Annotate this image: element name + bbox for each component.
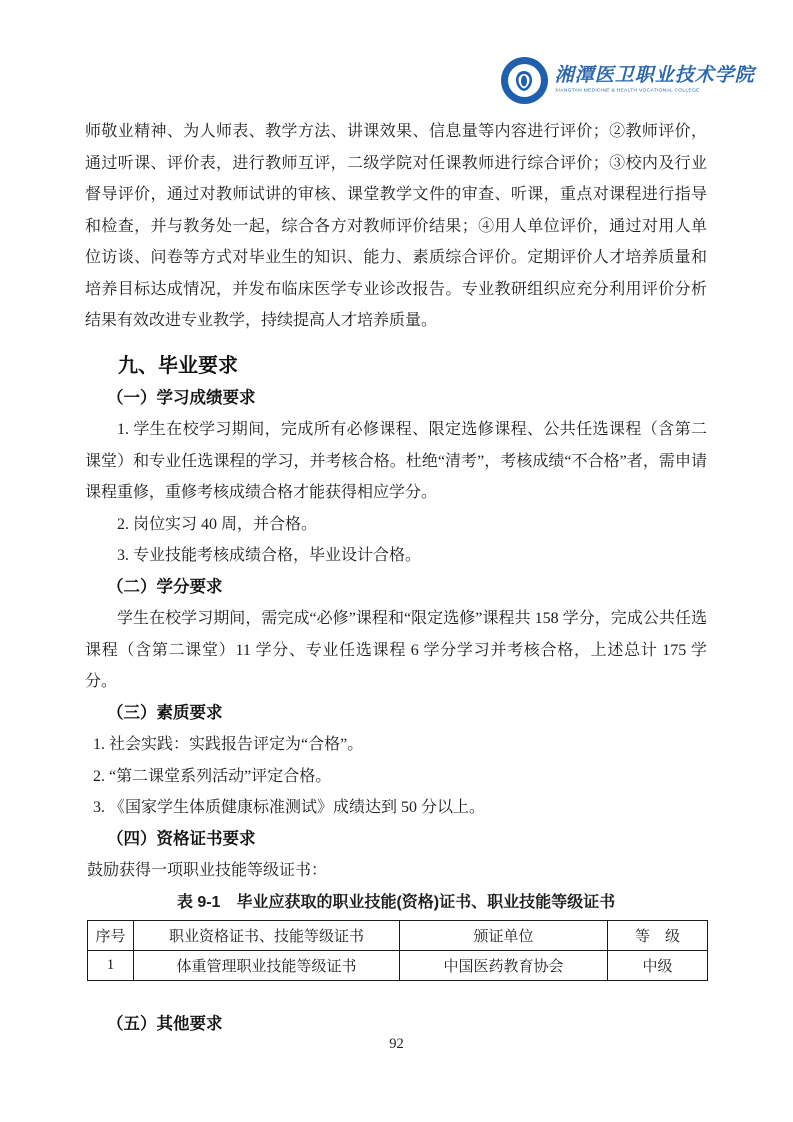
quality-requirement-item-2: 2. “第二课堂系列活动”评定合格。 — [93, 761, 707, 793]
college-emblem-icon — [501, 57, 548, 104]
academic-requirement-item-2: 2. 岗位实习 40 周，并合格。 — [85, 509, 707, 541]
table-cell-issuer: 中国医药教育协会 — [400, 950, 608, 980]
header-logo: 湘潭医卫职业技术学院 XIANGTAN MEDICINE & HEALTH VO… — [501, 57, 788, 104]
emblem-glyph-icon — [514, 70, 534, 92]
page-number: 92 — [0, 1036, 793, 1053]
subsection-heading-academic-results: （一）学习成绩要求 — [107, 383, 707, 415]
table-header-issuer: 颁证单位 — [400, 920, 608, 950]
table-cell-certificate: 体重管理职业技能等级证书 — [134, 950, 400, 980]
document-content: 师敬业精神、为人师表、教学方法、讲课效果、信息量等内容进行评价；②教师评价，通过… — [85, 116, 707, 1040]
table-header-index: 序号 — [88, 920, 134, 950]
certificate-encouragement-paragraph: 鼓励获得一项职业技能等级证书： — [85, 855, 707, 887]
continuation-paragraph: 师敬业精神、为人师表、教学方法、讲课效果、信息量等内容进行评价；②教师评价，通过… — [85, 116, 707, 337]
certificate-table: 序号 职业资格证书、技能等级证书 颁证单位 等 级 1 体重管理职业技能等级证书… — [87, 920, 708, 981]
academic-requirement-item-1: 1. 学生在校学习期间，完成所有必修课程、限定选修课程、公共任选课程（含第二课堂… — [85, 414, 707, 509]
table-caption: 表 9-1 毕业应获取的职业技能(资格)证书、职业技能等级证书 — [85, 890, 707, 916]
subsection-heading-credit-requirements: （二）学分要求 — [107, 572, 707, 604]
credit-requirement-paragraph: 学生在校学习期间，需完成“必修”课程和“限定选修”课程共 158 学分，完成公共… — [85, 603, 707, 698]
quality-requirement-item-1: 1. 社会实践：实践报告评定为“合格”。 — [93, 729, 707, 761]
academic-requirement-item-3: 3. 专业技能考核成绩合格，毕业设计合格。 — [85, 540, 707, 572]
section-heading-graduation-requirements: 九、毕业要求 — [118, 349, 707, 383]
college-name-en: XIANGTAN MEDICINE & HEALTH VOCATIONAL CO… — [555, 87, 700, 93]
subsection-heading-quality-requirements: （三）素质要求 — [107, 698, 707, 730]
college-name-cn: 湘潭医卫职业技术学院 — [555, 65, 788, 87]
quality-requirement-item-3: 3. 《国家学生体质健康标准测试》成绩达到 50 分以上。 — [93, 792, 707, 824]
table-cell-level: 中级 — [608, 950, 708, 980]
table-row: 1 体重管理职业技能等级证书 中国医药教育协会 中级 — [88, 950, 708, 980]
table-header-row: 序号 职业资格证书、技能等级证书 颁证单位 等 级 — [88, 920, 708, 950]
document-page: 湘潭医卫职业技术学院 XIANGTAN MEDICINE & HEALTH VO… — [0, 0, 793, 1122]
table-header-level: 等 级 — [608, 920, 708, 950]
subsection-heading-certificate-requirements: （四）资格证书要求 — [107, 824, 707, 856]
table-cell-index: 1 — [88, 950, 134, 980]
table-header-certificate: 职业资格证书、技能等级证书 — [134, 920, 400, 950]
